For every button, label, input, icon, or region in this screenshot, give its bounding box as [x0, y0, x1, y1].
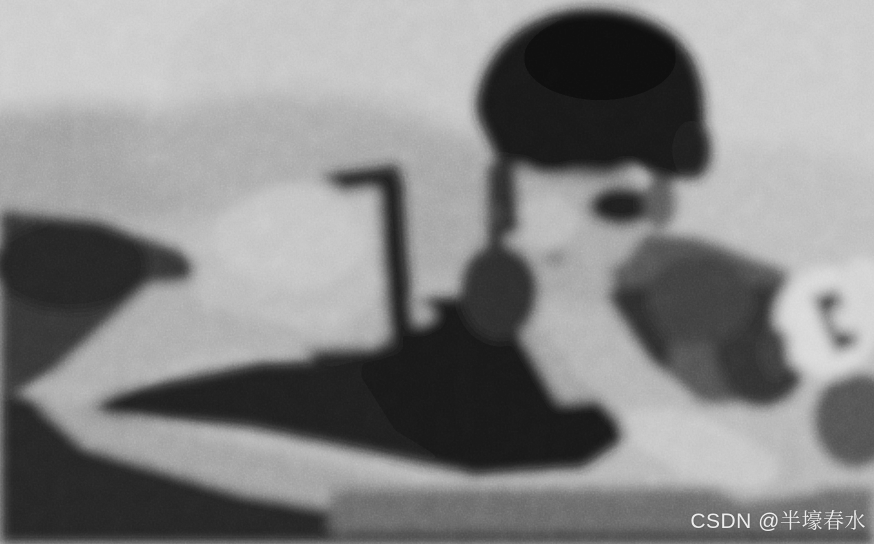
- grain-softlight-overlay: [0, 0, 874, 544]
- photo-viewport: CSDN @半壕春水: [0, 0, 874, 544]
- bw-photo: [0, 0, 874, 544]
